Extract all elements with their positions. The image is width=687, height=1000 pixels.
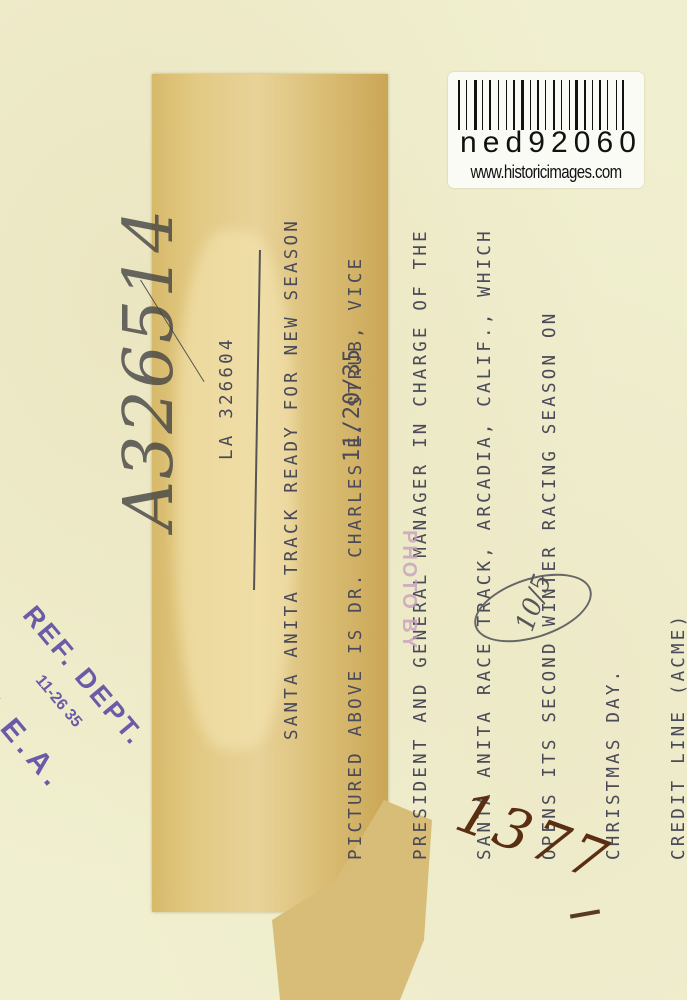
barcode-char: 0 xyxy=(574,128,591,158)
barcode-char: e xyxy=(483,128,500,158)
barcode-label: ned92060 www.historicimages.com xyxy=(448,72,644,188)
caption-headline: SANTA ANITA TRACK READY FOR NEW SEASON xyxy=(282,200,304,860)
caption-credit: CREDIT LINE (ACME) xyxy=(669,200,687,860)
caption-id: LA 326604 xyxy=(217,200,239,860)
caption-line: PICTURED ABOVE IS DR. CHARLES E. STRUB, … xyxy=(346,200,368,860)
caption-line: CHRISTMAS DAY. xyxy=(604,200,626,860)
caption-line: OPENS ITS SECOND WINTER RACING SEASON ON xyxy=(540,200,562,860)
photo-by-stamp: PHOTO BY xyxy=(397,530,420,650)
barcode-char: 0 xyxy=(619,128,636,158)
barcode-char: 9 xyxy=(528,128,545,158)
barcode-bars xyxy=(458,80,636,130)
barcode-char: d xyxy=(506,128,523,158)
barcode-char: 6 xyxy=(597,128,614,158)
caption-date: 11/20/35 xyxy=(340,348,365,462)
barcode-char: 2 xyxy=(551,128,568,158)
barcode-char: n xyxy=(460,128,477,158)
caption-line: SANTA ANITA RACE TRACK, ARCADIA, CALIF.,… xyxy=(475,200,497,860)
barcode-code: ned92060 xyxy=(460,128,636,158)
pencil-inventory-number: A326514 xyxy=(110,207,189,530)
barcode-url: www.historicimages.com xyxy=(448,162,644,182)
caption-text: LA 326604 SANTA ANITA TRACK READY FOR NE… xyxy=(174,200,687,860)
